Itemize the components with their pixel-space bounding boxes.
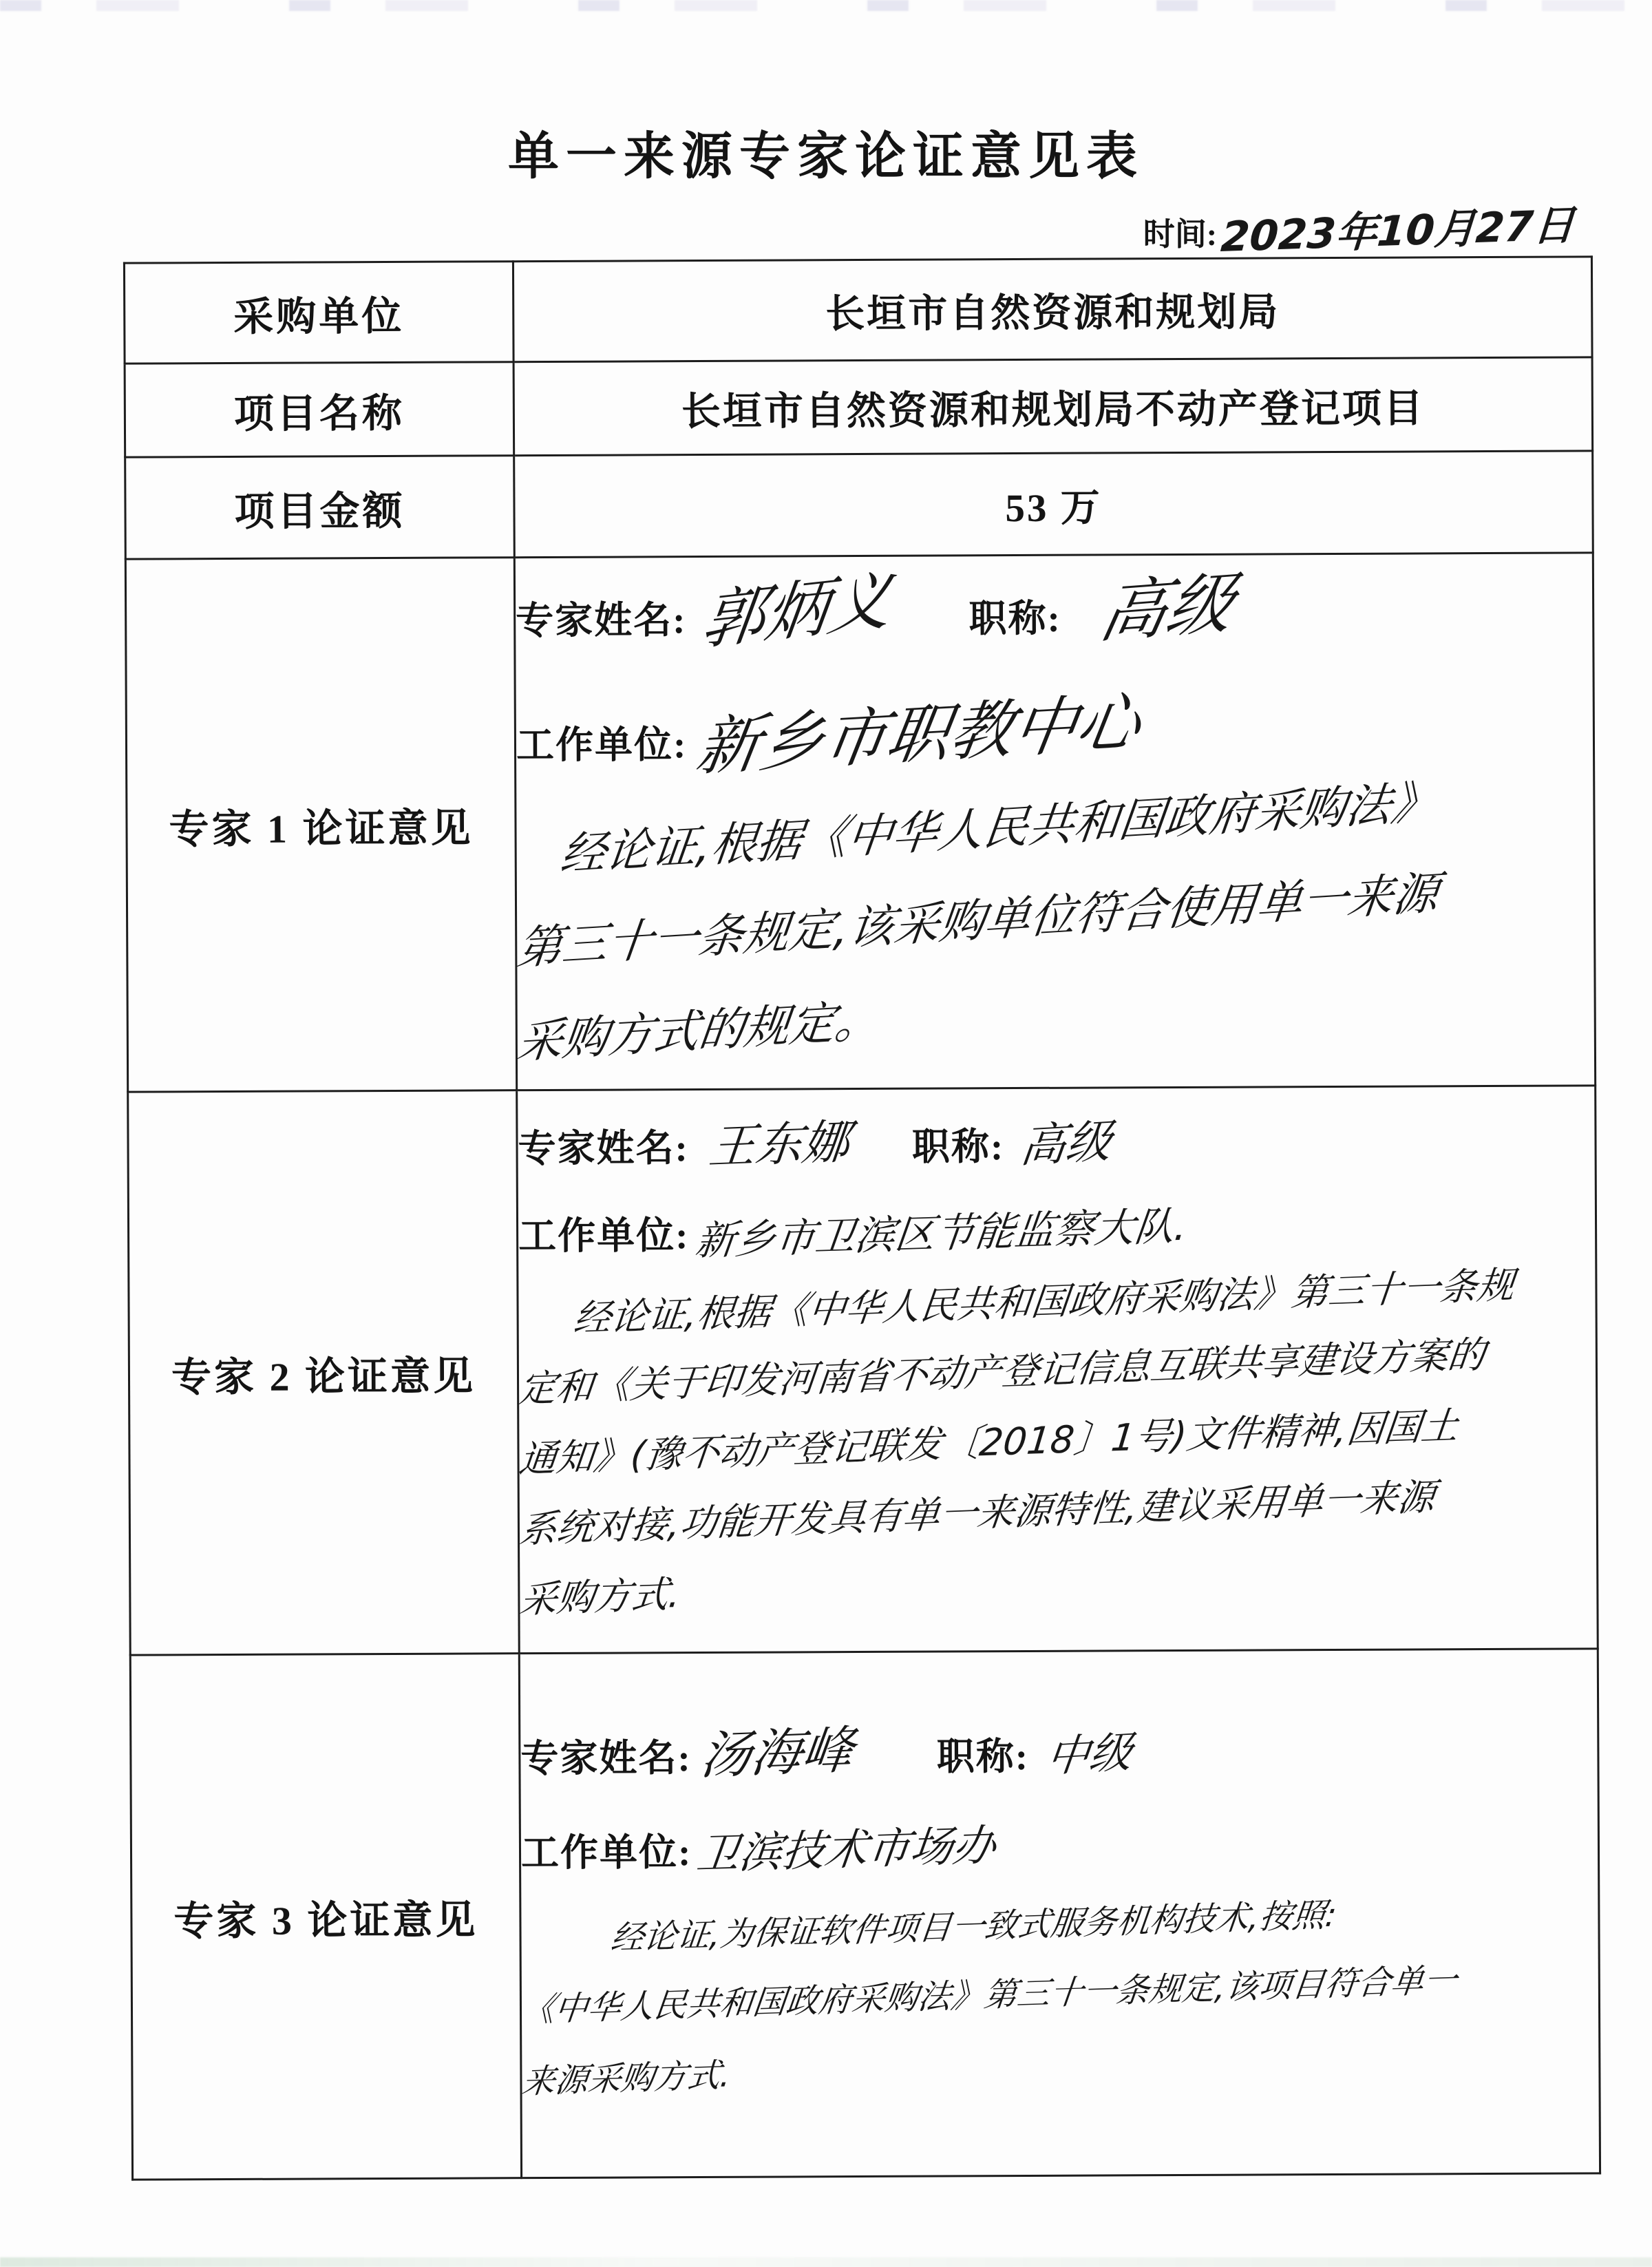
expert1-name-handwritten: 郭炳义: [697, 549, 899, 662]
expert2-name-handwritten: 王东娜: [706, 1104, 854, 1177]
row-value-purchaser: 长垣市自然资源和规划局: [513, 257, 1592, 362]
row-label-project-name: 项目名称: [125, 362, 514, 457]
expert2-unit-line: 工作单位:新乡市卫滨区节能监察大队.: [518, 1198, 1595, 1261]
row-label-expert3: 专家 3 论证意见: [130, 1654, 521, 2180]
table-row-project-name: 项目名称 长垣市自然资源和规划局不动产登记项目: [125, 357, 1593, 457]
expert1-title-handwritten: 高级: [1093, 550, 1245, 656]
expert3-unit-line: 工作单位:卫滨技术市场办: [521, 1812, 1598, 1878]
expert3-name-line: 专家姓名:汤海峰职称:中级: [520, 1709, 1597, 1786]
row-label-purchaser: 采购单位: [124, 262, 513, 363]
expert-name-label: 专家姓名:: [520, 1737, 692, 1780]
expert-title-label: 职称:: [937, 1736, 1030, 1778]
expert-name-label: 专家姓名:: [518, 1127, 689, 1170]
expert1-unit-handwritten: 新乡市职教中心: [691, 671, 1148, 788]
expert-title-label: 职称:: [912, 1126, 1005, 1168]
scan-artifact-bottom: [0, 2257, 1652, 2267]
expert3-opinion-cell: 专家姓名:汤海峰职称:中级 工作单位:卫滨技术市场办 经论证,为保证软件项目一致…: [519, 1649, 1600, 2178]
opinion-line: 来源采购方式.: [518, 2039, 734, 2118]
expert2-name-line: 专家姓名:王东娜职称:高级: [518, 1104, 1594, 1175]
document-page: 单一来源专家论证意见表 时间:2023年10月27日 采购单位 长垣市自然资源和…: [0, 0, 1652, 2267]
scan-artifact-top: [0, 0, 1652, 11]
expert2-title-handwritten: 高级: [1017, 1104, 1116, 1175]
expert3-opinion-text: 经论证,为保证软件项目一致式服务机构技术,按照: 《中华人民共和国政府采购法》第…: [521, 1898, 1598, 2118]
row-value-project-amount: 53 万: [514, 451, 1593, 558]
expert1-opinion-text: 经论证,根据《中华人民共和国政府采购法》 第三十一条规定,该采购单位符合使用单一…: [516, 803, 1594, 1089]
row-value-project-name: 长垣市自然资源和规划局不动产登记项目: [513, 357, 1593, 456]
expert1-opinion-cell: 专家姓名:郭炳义职称:高级 工作单位:新乡市职教中心 经论证,根据《中华人民共和…: [514, 553, 1595, 1090]
table-row-expert3: 专家 3 论证意见 专家姓名:汤海峰职称:中级 工作单位:卫滨技术市场办 经论证…: [130, 1649, 1600, 2180]
table-row-purchaser: 采购单位 长垣市自然资源和规划局: [124, 257, 1592, 363]
expert2-unit-handwritten: 新乡市卫滨区节能监察大队.: [693, 1193, 1191, 1266]
expert-unit-label: 工作单位:: [518, 1214, 690, 1257]
table-row-expert2: 专家 2 论证意见 专家姓名:王东娜职称:高级 工作单位:新乡市卫滨区节能监察大…: [128, 1086, 1598, 1655]
page-title: 单一来源专家论证意见表: [0, 116, 1652, 189]
date-value-handwritten: 2023年10月27日: [1219, 192, 1577, 264]
row-label-project-amount: 项目金额: [125, 456, 515, 559]
expert1-name-line: 专家姓名:郭炳义职称:高级: [516, 553, 1593, 653]
table-row-project-amount: 项目金额 53 万: [125, 451, 1593, 559]
expert2-opinion-text: 经论证,根据《中华人民共和国政府采购法》第三十一条规 定和《关于印发河南省不动产…: [518, 1279, 1596, 1635]
expert-unit-label: 工作单位:: [521, 1831, 692, 1874]
expert-name-label: 专家姓名:: [516, 599, 687, 642]
expert-title-label: 职称:: [968, 598, 1061, 640]
expert2-opinion-cell: 专家姓名:王东娜职称:高级 工作单位:新乡市卫滨区节能监察大队. 经论证,根据《…: [517, 1086, 1598, 1654]
table-row-expert1: 专家 1 论证意见 专家姓名:郭炳义职称:高级 工作单位:新乡市职教中心 经论证…: [125, 553, 1595, 1092]
row-label-expert1: 专家 1 论证意见: [125, 558, 516, 1092]
expert3-title-handwritten: 中级: [1044, 1718, 1136, 1784]
date-label: 时间:: [1143, 217, 1217, 252]
date-line: 时间:2023年10月27日: [1143, 198, 1575, 257]
opinion-line: 采购方式.: [516, 1559, 684, 1636]
row-label-expert2: 专家 2 论证意见: [128, 1090, 520, 1655]
expert3-name-handwritten: 汤海峰: [697, 1709, 858, 1789]
expert3-unit-handwritten: 卫滨技术市场办: [695, 1811, 1000, 1881]
expert-unit-label: 工作单位:: [516, 724, 688, 766]
opinion-form-table: 采购单位 长垣市自然资源和规划局 项目名称 长垣市自然资源和规划局不动产登记项目…: [123, 255, 1601, 2180]
